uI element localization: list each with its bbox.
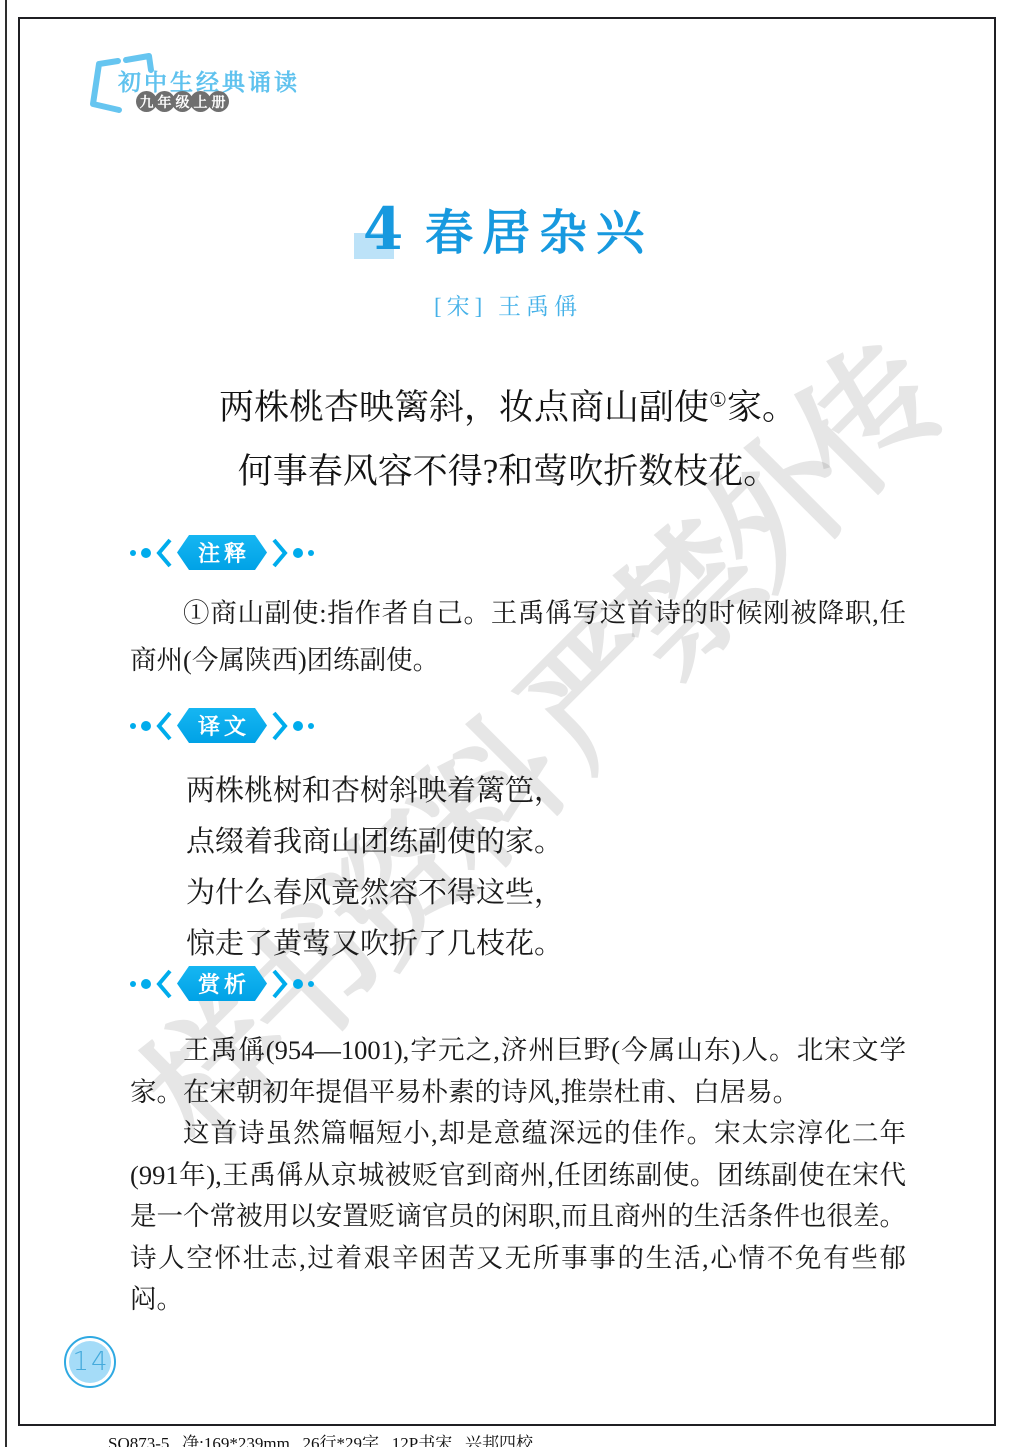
grade-badge: 九年级上册	[136, 91, 226, 112]
poem: 两株桃杏映篱斜，妆点商山副使①家。 何事春风容不得?和莺吹折数枝花。	[0, 376, 1016, 504]
dot-icon	[293, 721, 303, 731]
section-label: 赏析	[177, 966, 267, 1001]
translation-line: 惊走了黄莺又吹折了几枝花。	[186, 919, 563, 970]
analysis-text: 王禹偁(954—1001),字元之,济州巨野(今属山东)人。北宋文学家。在宋朝初…	[130, 1030, 906, 1321]
dot-icon	[141, 979, 151, 989]
translation-line: 点缀着我商山团练副使的家。	[186, 817, 563, 868]
notes-text: ①商山副使:指作者自己。王禹偁写这首诗的时候刚被降职,任商州(今属陕西)团练副使…	[130, 590, 906, 684]
chevron-right-icon	[272, 711, 288, 741]
dot-icon	[130, 981, 136, 987]
lesson-heading: 4春居杂兴	[0, 200, 1016, 263]
translation-line: 两株桃树和杏树斜映着篱笆，	[186, 766, 563, 817]
analysis-paragraph: 王禹偁(954—1001),字元之,济州巨野(今属山东)人。北宋文学家。在宋朝初…	[130, 1030, 906, 1113]
page-number-badge: 14	[64, 1336, 116, 1388]
chevron-right-icon	[272, 538, 288, 568]
poem-line-1: 两株桃杏映篱斜，妆点商山副使①家。	[0, 376, 1016, 440]
lesson-title: 春居杂兴	[425, 205, 653, 263]
section-badge-analysis: 赏析	[130, 966, 314, 1001]
lesson-author: [宋] 王禹偁	[0, 288, 1016, 321]
page-number: 14	[69, 1341, 111, 1383]
footnote-marker: ①	[709, 389, 727, 411]
chevron-left-icon	[156, 969, 172, 999]
poem-line-2: 何事春风容不得?和莺吹折数枝花。	[0, 440, 1016, 504]
section-label: 注释	[177, 535, 267, 570]
dot-icon	[293, 979, 303, 989]
dot-icon	[141, 548, 151, 558]
translation-line: 为什么春风竟然容不得这些，	[186, 868, 563, 919]
chevron-left-icon	[156, 538, 172, 568]
section-badge-notes: 注释	[130, 535, 314, 570]
footer-imprint: SQ873-5 净:169*239mm 26行*29字 12P书宋 兴邦四校	[108, 1429, 533, 1447]
dot-icon	[308, 723, 314, 729]
dot-icon	[308, 981, 314, 987]
chevron-right-icon	[272, 969, 288, 999]
section-label: 译文	[177, 708, 267, 743]
translation-text: 两株桃树和杏树斜映着篱笆， 点缀着我商山团练副使的家。 为什么春风竟然容不得这些…	[186, 766, 563, 970]
dot-icon	[141, 721, 151, 731]
analysis-paragraph: 这首诗虽然篇幅短小,却是意蕴深远的佳作。宋太宗淳化二年(991年),王禹偁从京城…	[130, 1113, 906, 1321]
section-badge-translation: 译文	[130, 708, 314, 743]
dot-icon	[130, 723, 136, 729]
chevron-left-icon	[156, 711, 172, 741]
lesson-number: 4	[363, 200, 403, 258]
dot-icon	[308, 550, 314, 556]
dot-icon	[130, 550, 136, 556]
dot-icon	[293, 548, 303, 558]
lesson-number-text: 4	[363, 195, 403, 263]
book-page: 样书资料 严禁外传 初中生经典诵读 九年级上册 4春居杂兴 [宋] 王禹偁 两株…	[0, 0, 1016, 1447]
